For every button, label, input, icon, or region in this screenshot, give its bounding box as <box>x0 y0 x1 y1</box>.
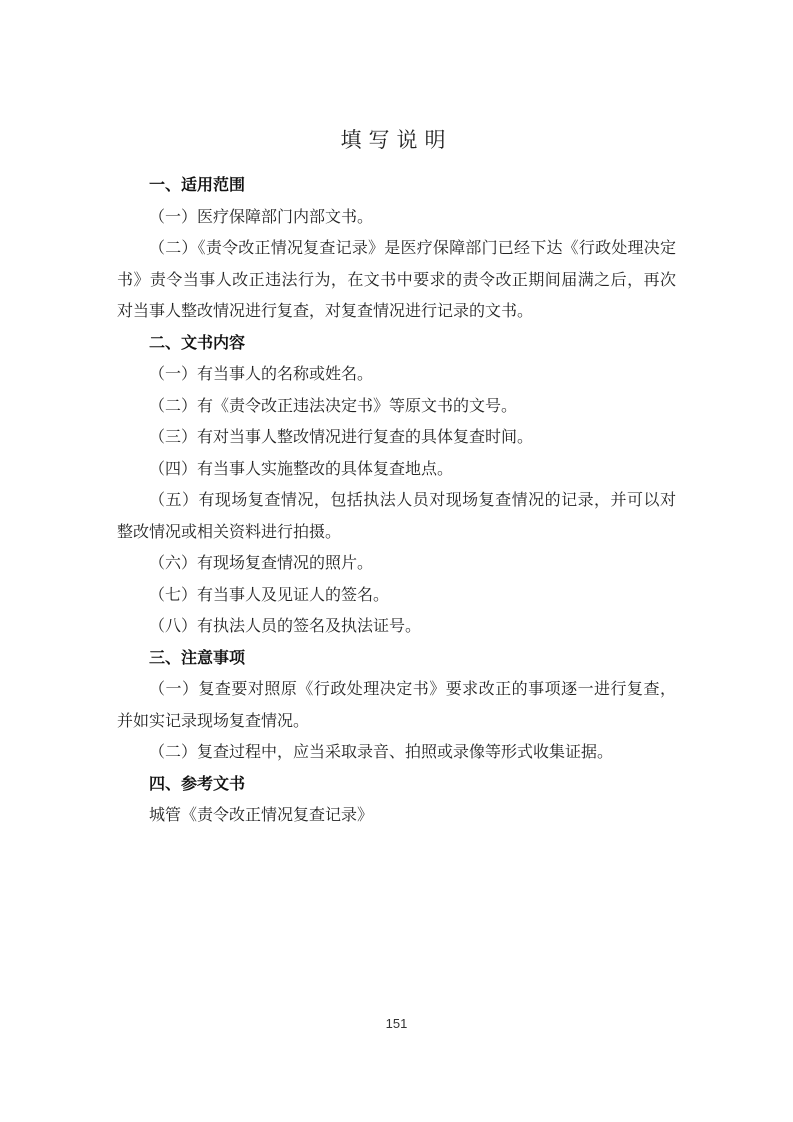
paragraph: （二）有《责令改正违法决定书》等原文书的文号。 <box>117 391 676 423</box>
paragraph: （二）《责令改正情况复查记录》是医疗保障部门已经下达《行政处理决定书》责令当事人… <box>117 233 676 328</box>
page-number: 151 <box>0 1016 793 1031</box>
paragraph: （七）有当事人及见证人的签名。 <box>117 580 676 612</box>
paragraph: 城管《责令改正情况复查记录》 <box>117 800 676 832</box>
paragraph: （一）复查要对照原《行政处理决定书》要求改正的事项逐一进行复查，并如实记录现场复… <box>117 674 676 737</box>
document-body: 一、适用范围 （一）医疗保障部门内部文书。 （二）《责令改正情况复查记录》是医疗… <box>117 170 676 832</box>
paragraph: （一）有当事人的名称或姓名。 <box>117 359 676 391</box>
section-heading-2: 二、文书内容 <box>117 328 676 360</box>
section-heading-1: 一、适用范围 <box>117 170 676 202</box>
paragraph: （五）有现场复查情况，包括执法人员对现场复查情况的记录，并可以对整改情况或相关资… <box>117 485 676 548</box>
paragraph: （三）有对当事人整改情况进行复查的具体复查时间。 <box>117 422 676 454</box>
paragraph: （六）有现场复查情况的照片。 <box>117 548 676 580</box>
paragraph: （八）有执法人员的签名及执法证号。 <box>117 611 676 643</box>
section-heading-3: 三、注意事项 <box>117 643 676 675</box>
section-heading-4: 四、参考文书 <box>117 769 676 801</box>
page-title: 填写说明 <box>117 126 676 154</box>
paragraph: （二）复查过程中，应当采取录音、拍照或录像等形式收集证据。 <box>117 737 676 769</box>
paragraph: （一）医疗保障部门内部文书。 <box>117 202 676 234</box>
paragraph: （四）有当事人实施整改的具体复查地点。 <box>117 454 676 486</box>
document-page: 填写说明 一、适用范围 （一）医疗保障部门内部文书。 （二）《责令改正情况复查记… <box>0 0 793 1122</box>
